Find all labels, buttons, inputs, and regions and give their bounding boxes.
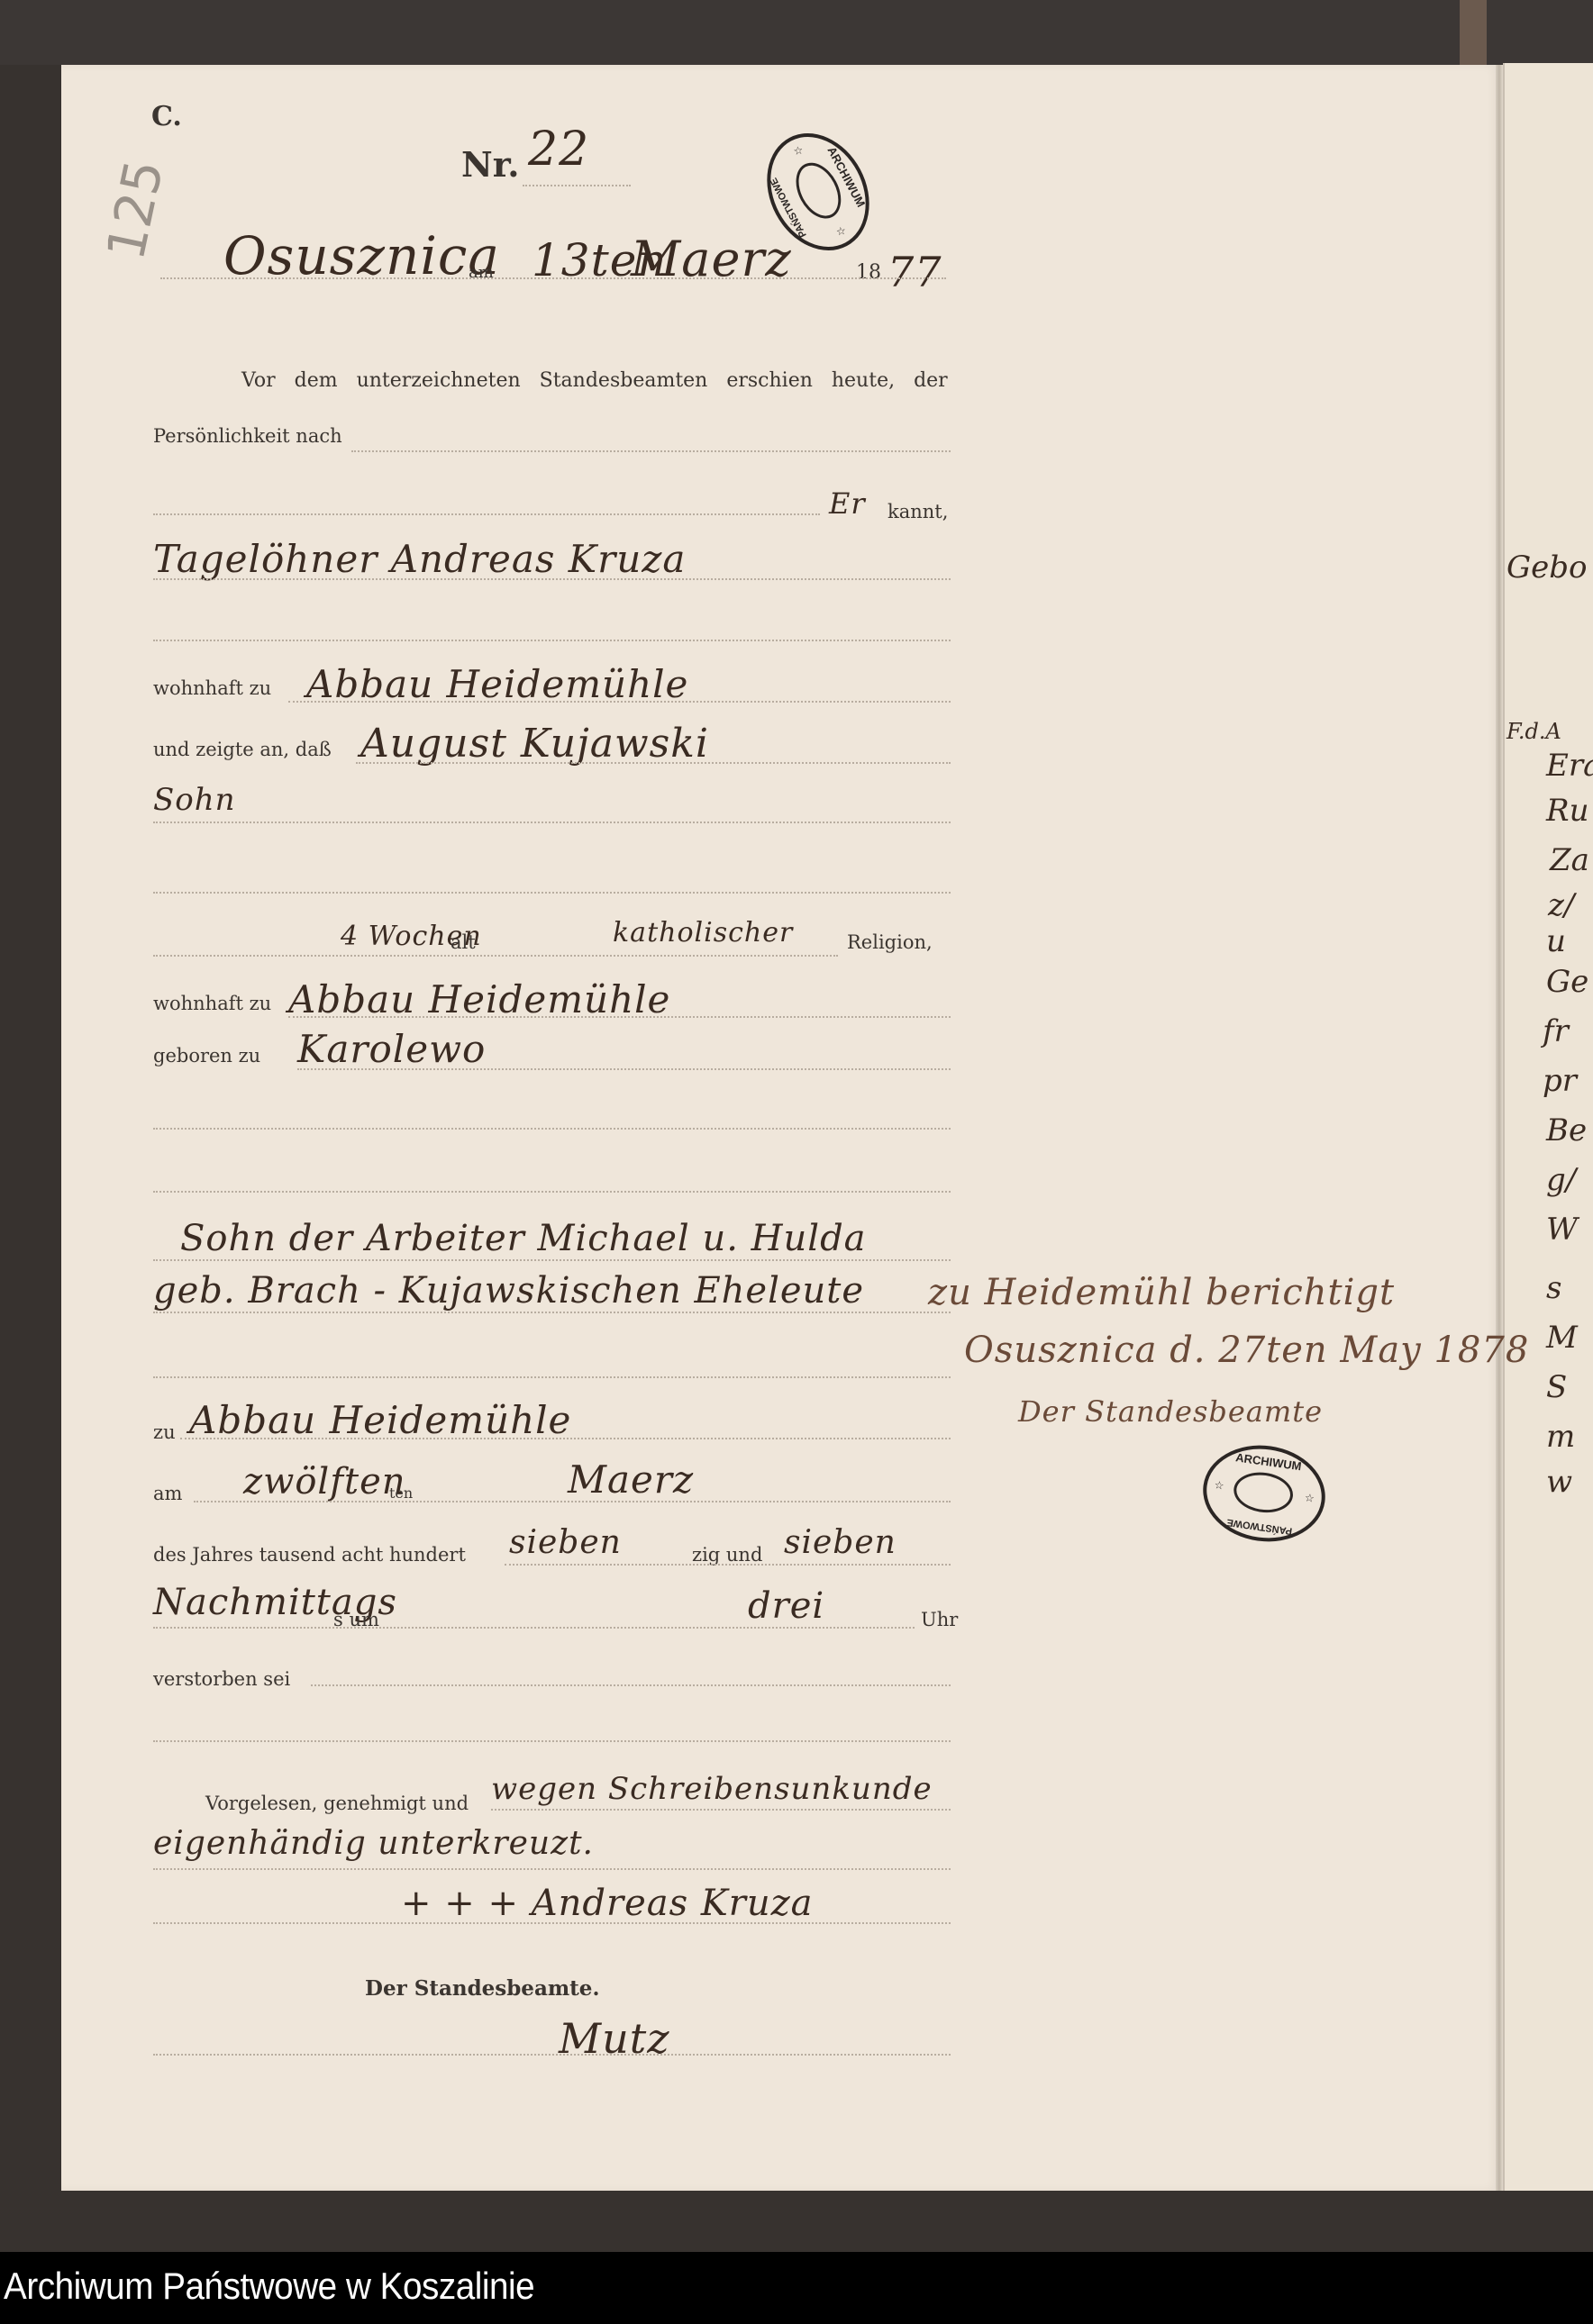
year-words-label: des Jahres tausend acht hundert — [153, 1544, 466, 1566]
date-line — [160, 277, 946, 279]
parents-line-1-rule — [153, 1259, 951, 1261]
day-suffix-label: ten — [389, 1484, 413, 1502]
number-line — [523, 185, 631, 186]
identity-label: Persönlichkeit nach — [153, 425, 342, 447]
read-value-2: eigenhändig unterkreuzt. — [153, 1825, 594, 1862]
parents-line-2: geb. Brach - Kujawskischen Eheleute — [153, 1270, 864, 1312]
parents-line-1: Sohn der Arbeiter Michael u. Hulda — [180, 1218, 867, 1259]
archive-banner: Archiwum Państwowe w Koszalinie — [0, 2252, 1593, 2324]
facing-page-fragment: fr — [1543, 1013, 1569, 1049]
born-value: Karolewo — [297, 1027, 486, 1071]
blank-line-6 — [153, 1740, 951, 1742]
year-tens: sieben — [509, 1524, 622, 1561]
facing-page-fragment: g/ — [1546, 1162, 1576, 1198]
deceased-name: August Kujawski — [360, 721, 709, 767]
age-religion-line — [153, 955, 838, 957]
known-prefix: Er — [829, 486, 866, 521]
resident2-line — [288, 1016, 951, 1018]
facing-page-fragment: S — [1546, 1369, 1567, 1405]
deceased-relation: Sohn — [153, 782, 236, 818]
facing-page-fragment: Gebo — [1507, 549, 1588, 586]
star-icon: ☆ — [1304, 1491, 1315, 1504]
form-letter: C. — [151, 101, 182, 132]
death-place-value: Abbau Heidemühle — [189, 1398, 571, 1442]
resident1-label: wohnhaft zu — [153, 677, 271, 699]
informant-name: Tagelöhner Andreas Kruza — [153, 537, 686, 581]
age-label: alt — [451, 931, 476, 953]
read-line-1 — [491, 1809, 951, 1811]
death-day: zwölften — [243, 1461, 406, 1502]
blank-line-2 — [153, 892, 951, 894]
intro-text: Vor dem unterzeichneten Standesbeamten e… — [241, 369, 948, 392]
facing-page-fragment: F.d.A — [1507, 719, 1561, 744]
born-label: geboren zu — [153, 1045, 260, 1067]
facing-page-fragment: m — [1546, 1419, 1575, 1455]
facing-page-fragment: u — [1546, 923, 1566, 959]
scan-edge-artifact — [1460, 0, 1487, 65]
star-icon: ☆ — [833, 224, 849, 239]
read-line-2 — [153, 1868, 951, 1870]
hour-value: drei — [748, 1585, 824, 1627]
number-label: Nr. — [461, 144, 520, 185]
reported-label: und zeigte an, daß — [153, 739, 332, 760]
religion-value: katholischer — [613, 917, 793, 949]
read-label: Vorgelesen, genehmigt und — [205, 1793, 469, 1814]
blank-line-4 — [153, 1191, 951, 1193]
signature-line — [153, 1922, 951, 1924]
year-line — [505, 1564, 951, 1566]
resident2-value: Abbau Heidemühle — [288, 977, 670, 1021]
facing-page-fragment: Ge — [1546, 964, 1588, 1000]
relation-line — [153, 822, 951, 823]
star-icon: ☆ — [790, 143, 806, 158]
year-suffix: 77 — [888, 248, 942, 296]
facing-page-fragment: w — [1546, 1464, 1572, 1500]
resident1-line — [288, 701, 951, 703]
resident2-label: wohnhaft zu — [153, 993, 271, 1014]
death-date-line — [194, 1501, 951, 1502]
hour-label: Uhr — [921, 1609, 958, 1630]
informant-mark-signature: + + + Andreas Kruza — [401, 1883, 814, 1924]
blank-line — [153, 640, 951, 641]
margin-note-line-2: Osusznica d. 27ten May 1878 — [964, 1330, 1529, 1371]
facing-page-fragment: Era — [1546, 748, 1593, 784]
scan-background-top — [0, 0, 1593, 65]
facing-page-fragment: Za — [1550, 842, 1589, 878]
margin-note-line-3: Der Standesbeamte — [1018, 1394, 1323, 1429]
registrar-line — [153, 2054, 951, 2056]
year-prefix: 18 — [856, 261, 881, 284]
facing-page-fragment: pr — [1543, 1063, 1577, 1099]
time-line — [153, 1627, 915, 1629]
registrar-label: Der Standesbeamte. — [365, 1976, 599, 2001]
born-line — [297, 1068, 951, 1070]
blank-line-5 — [153, 1376, 951, 1378]
year-units: sieben — [784, 1524, 897, 1561]
facing-page-fragment: M — [1546, 1320, 1578, 1356]
blank-line-3 — [153, 1128, 951, 1130]
read-value-1: wegen Schreibensunkunde — [491, 1771, 933, 1807]
facing-page-fragment: z/ — [1548, 887, 1574, 923]
religion-label: Religion, — [847, 931, 933, 953]
died-line — [311, 1684, 951, 1686]
death-month: Maerz — [568, 1457, 694, 1502]
resident1-value: Abbau Heidemühle — [306, 662, 688, 706]
star-icon: ☆ — [1214, 1478, 1225, 1492]
archive-name: Archiwum Państwowe w Koszalinie — [4, 2265, 534, 2308]
facing-page-fragment: s — [1546, 1270, 1561, 1306]
facing-page-fragment: Be — [1546, 1112, 1587, 1148]
record-number: 22 — [528, 123, 589, 177]
book-gutter — [1496, 65, 1503, 2191]
parents-line-2-rule — [153, 1312, 951, 1313]
death-on-label: am — [153, 1483, 182, 1504]
deceased-line — [356, 762, 951, 764]
margin-note-line-1: zu Heidemühl berichtigt — [928, 1272, 1395, 1313]
death-place-line — [180, 1438, 951, 1439]
facing-page-fragment: Ru — [1546, 793, 1589, 829]
informant-line — [153, 578, 951, 580]
identity-line — [351, 450, 951, 452]
known-line — [153, 513, 820, 515]
facing-page-fragment: W — [1546, 1212, 1578, 1248]
death-place-label: zu — [153, 1421, 176, 1443]
died-label: verstorben sei — [153, 1668, 290, 1690]
known-label: kannt, — [888, 501, 948, 522]
year-mid-label: zig und — [692, 1544, 762, 1566]
